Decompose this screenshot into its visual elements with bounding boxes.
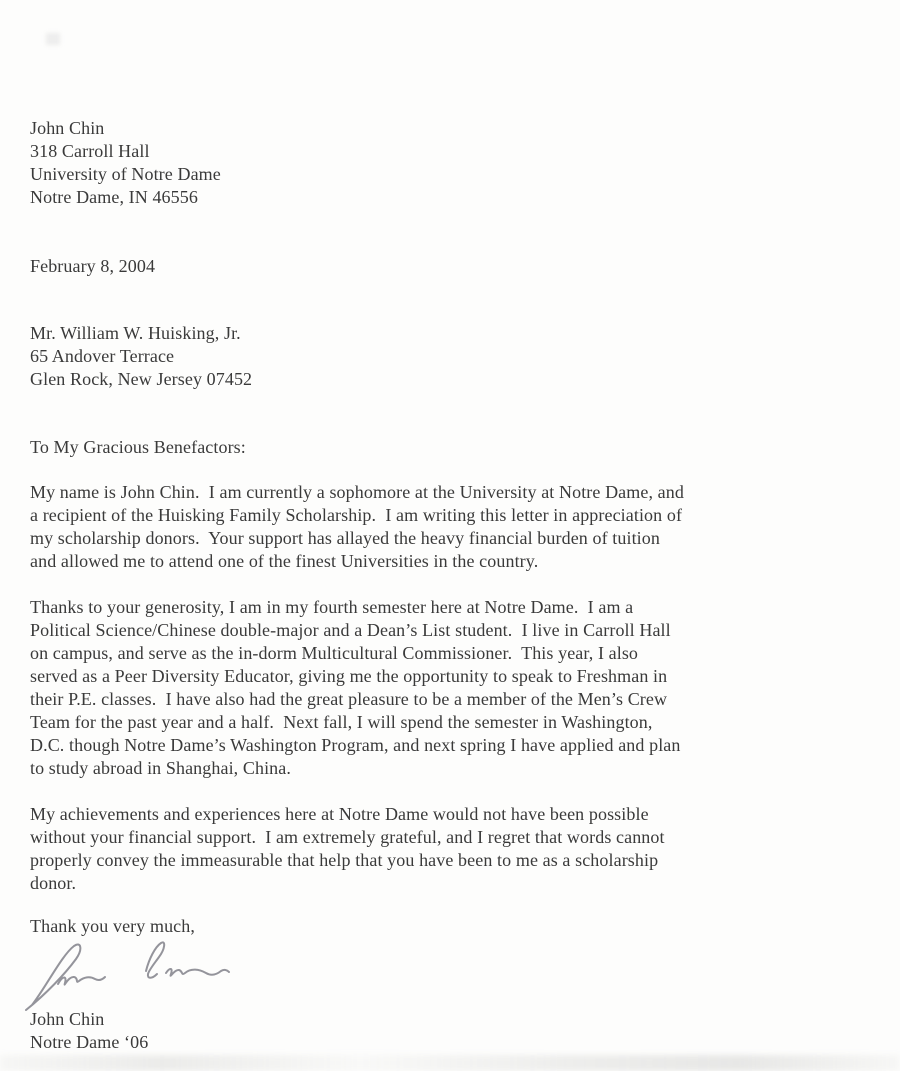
- paragraph-line: and allowed me to attend one of the fine…: [30, 550, 778, 573]
- paragraph-line: Thanks to your generosity, I am in my fo…: [30, 596, 778, 619]
- handwritten-signature: [30, 939, 778, 1005]
- paragraph-line: to study abroad in Shanghai, China.: [30, 757, 778, 780]
- recipient-street: 65 Andover Terrace: [30, 345, 778, 368]
- recipient-address: Mr. William W. Huisking, Jr. 65 Andover …: [30, 322, 778, 391]
- scan-artifact-topleft: [46, 33, 60, 45]
- paragraph-line: on campus, and serve as the in-dorm Mult…: [30, 642, 778, 665]
- recipient-city-state-zip: Glen Rock, New Jersey 07452: [30, 368, 778, 391]
- recipient-name: Mr. William W. Huisking, Jr.: [30, 322, 778, 345]
- paragraph-line: my scholarship donors. Your support has …: [30, 527, 778, 550]
- sender-city-state-zip: Notre Dame, IN 46556: [30, 186, 778, 209]
- salutation: To My Gracious Benefactors:: [30, 436, 778, 459]
- scan-artifact-bottom: [0, 1055, 900, 1071]
- sender-street: 318 Carroll Hall: [30, 140, 778, 163]
- paragraph-line: served as a Peer Diversity Educator, giv…: [30, 665, 778, 688]
- body-paragraph-1: My name is John Chin. I am currently a s…: [30, 481, 778, 573]
- paragraph-line: My name is John Chin. I am currently a s…: [30, 481, 778, 504]
- paragraph-line: Political Science/Chinese double-major a…: [30, 619, 778, 642]
- letter-page: John Chin 318 Carroll Hall University of…: [30, 0, 778, 1054]
- signature-ink-strokes: [18, 939, 238, 1011]
- sender-university: University of Notre Dame: [30, 163, 778, 186]
- closing: Thank you very much,: [30, 915, 778, 938]
- sender-address: John Chin 318 Carroll Hall University of…: [30, 117, 778, 209]
- signoff-block: John Chin Notre Dame ‘06: [30, 1008, 778, 1054]
- paragraph-line: their P.E. classes. I have also had the …: [30, 688, 778, 711]
- letter-date: February 8, 2004: [30, 255, 778, 278]
- paragraph-line: Team for the past year and a half. Next …: [30, 711, 778, 734]
- paragraph-line: a recipient of the Huisking Family Schol…: [30, 504, 778, 527]
- paragraph-line: properly convey the immeasurable that he…: [30, 849, 778, 872]
- body-paragraph-3: My achievements and experiences here at …: [30, 803, 778, 895]
- paragraph-line: D.C. though Notre Dame’s Washington Prog…: [30, 734, 778, 757]
- signed-class-year: Notre Dame ‘06: [30, 1031, 778, 1054]
- paragraph-line: My achievements and experiences here at …: [30, 803, 778, 826]
- paragraph-line: without your financial support. I am ext…: [30, 826, 778, 849]
- paragraph-line: donor.: [30, 872, 778, 895]
- signed-name: John Chin: [30, 1008, 778, 1031]
- sender-name: John Chin: [30, 117, 778, 140]
- body-paragraph-2: Thanks to your generosity, I am in my fo…: [30, 596, 778, 780]
